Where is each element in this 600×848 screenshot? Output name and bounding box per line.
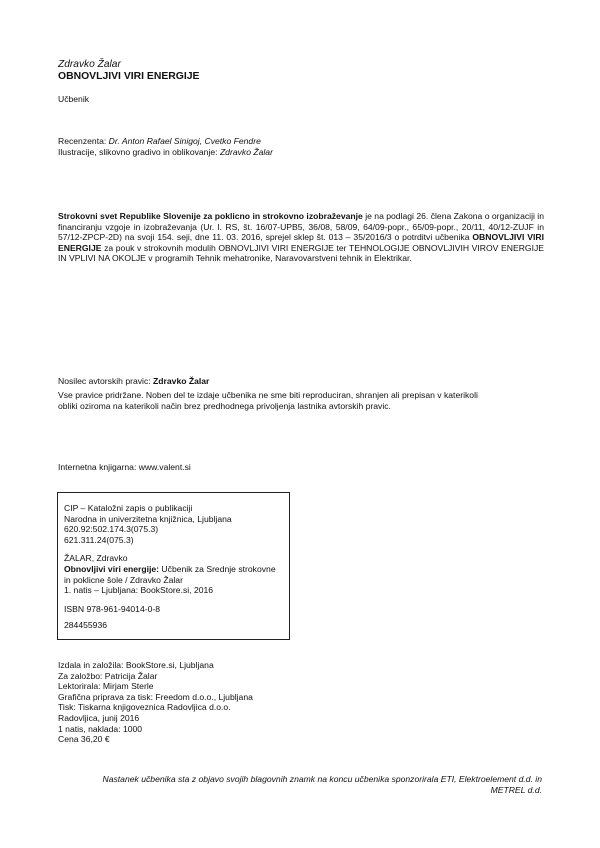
cip-cobiss-id: 284455936 <box>64 620 289 631</box>
book-subtitle: Učbenik <box>58 94 89 105</box>
approval-text-2: za pouk v strokovnih modulih OBNOVLJIVI … <box>58 243 544 264</box>
sponsors-note: Nastanek učbenika sta z objavo svojih bl… <box>72 774 542 796</box>
rights-holder-line: Nosilec avtorskih pravic: Zdravko Žalar <box>58 376 209 387</box>
imprint-block: Izdala in založila: BookStore.si, Ljublj… <box>58 660 253 745</box>
cip-title-bold: Obnovljivi viri energije: <box>64 564 159 574</box>
cip-header-line: 620.92:502.174.3(075.3) <box>64 524 289 535</box>
cip-title-rest: Učbenik za Srednje strokovne <box>159 564 276 574</box>
cip-header-line: 621.311.24(075.3) <box>64 535 289 546</box>
cip-edition: 1. natis – Ljubljana: BookStore.si, 2016 <box>64 585 289 596</box>
cip-title: Obnovljivi viri energije: Učbenik za Sre… <box>64 564 289 575</box>
reviewers-names: Dr. Anton Rafael Sinigoj, Cvetko Fendre <box>109 136 261 146</box>
cip-title-line2: in poklicne šole / Zdravko Žalar <box>64 575 289 586</box>
cip-record-box: CIP – Kataložni zapis o publikacijiNarod… <box>57 492 290 640</box>
online-bookstore: Internetna knjigarna: www.valent.si <box>58 462 191 473</box>
imprint-line: Tisk: Tiskarna knjigoveznica Radovljica … <box>58 702 253 713</box>
imprint-line: Za založbo: Patricija Žalar <box>58 671 253 682</box>
council-name: Strokovni svet Republike Slovenije za po… <box>58 211 363 221</box>
rights-notice: Vse pravice pridržane. Noben del te izda… <box>58 390 498 411</box>
reviewers-label: Recenzenta: <box>58 136 109 146</box>
imprint-line: Lektorirala: Mirjam Sterle <box>58 681 253 692</box>
rights-holder-label: Nosilec avtorskih pravic: <box>58 376 153 386</box>
author-name: Zdravko Žalar <box>58 59 121 71</box>
cip-isbn: ISBN 978-961-94014-0-8 <box>64 604 289 615</box>
imprint-line: Radovljica, junij 2016 <box>58 713 253 724</box>
reviewers-line: Recenzenta: Dr. Anton Rafael Sinigoj, Cv… <box>58 136 261 147</box>
cip-header-lines: CIP – Kataložni zapis o publikacijiNarod… <box>64 503 289 545</box>
cip-header-line: Narodna in univerzitetna knjižnica, Ljub… <box>64 514 289 525</box>
illustrations-author: Zdravko Žalar <box>220 147 273 157</box>
book-title: OBNOVLJIVI VIRI ENERGIJE <box>58 71 199 83</box>
imprint-line: Grafična priprava za tisk: Freedom d.o.o… <box>58 692 253 703</box>
rights-holder-name: Zdravko Žalar <box>153 376 209 386</box>
illustrations-label: Ilustracije, slikovno gradivo in oblikov… <box>58 147 220 157</box>
imprint-line: 1 natis, naklada: 1000 <box>58 724 253 735</box>
approval-paragraph: Strokovni svet Republike Slovenije za po… <box>58 211 544 264</box>
imprint-line: Izdala in založila: BookStore.si, Ljublj… <box>58 660 253 671</box>
cip-author: ŽALAR, Zdravko <box>64 553 289 564</box>
imprint-line: Cena 36,20 € <box>58 734 253 745</box>
cip-header-line: CIP – Kataložni zapis o publikaciji <box>64 503 289 514</box>
illustrations-line: Ilustracije, slikovno gradivo in oblikov… <box>58 147 273 158</box>
